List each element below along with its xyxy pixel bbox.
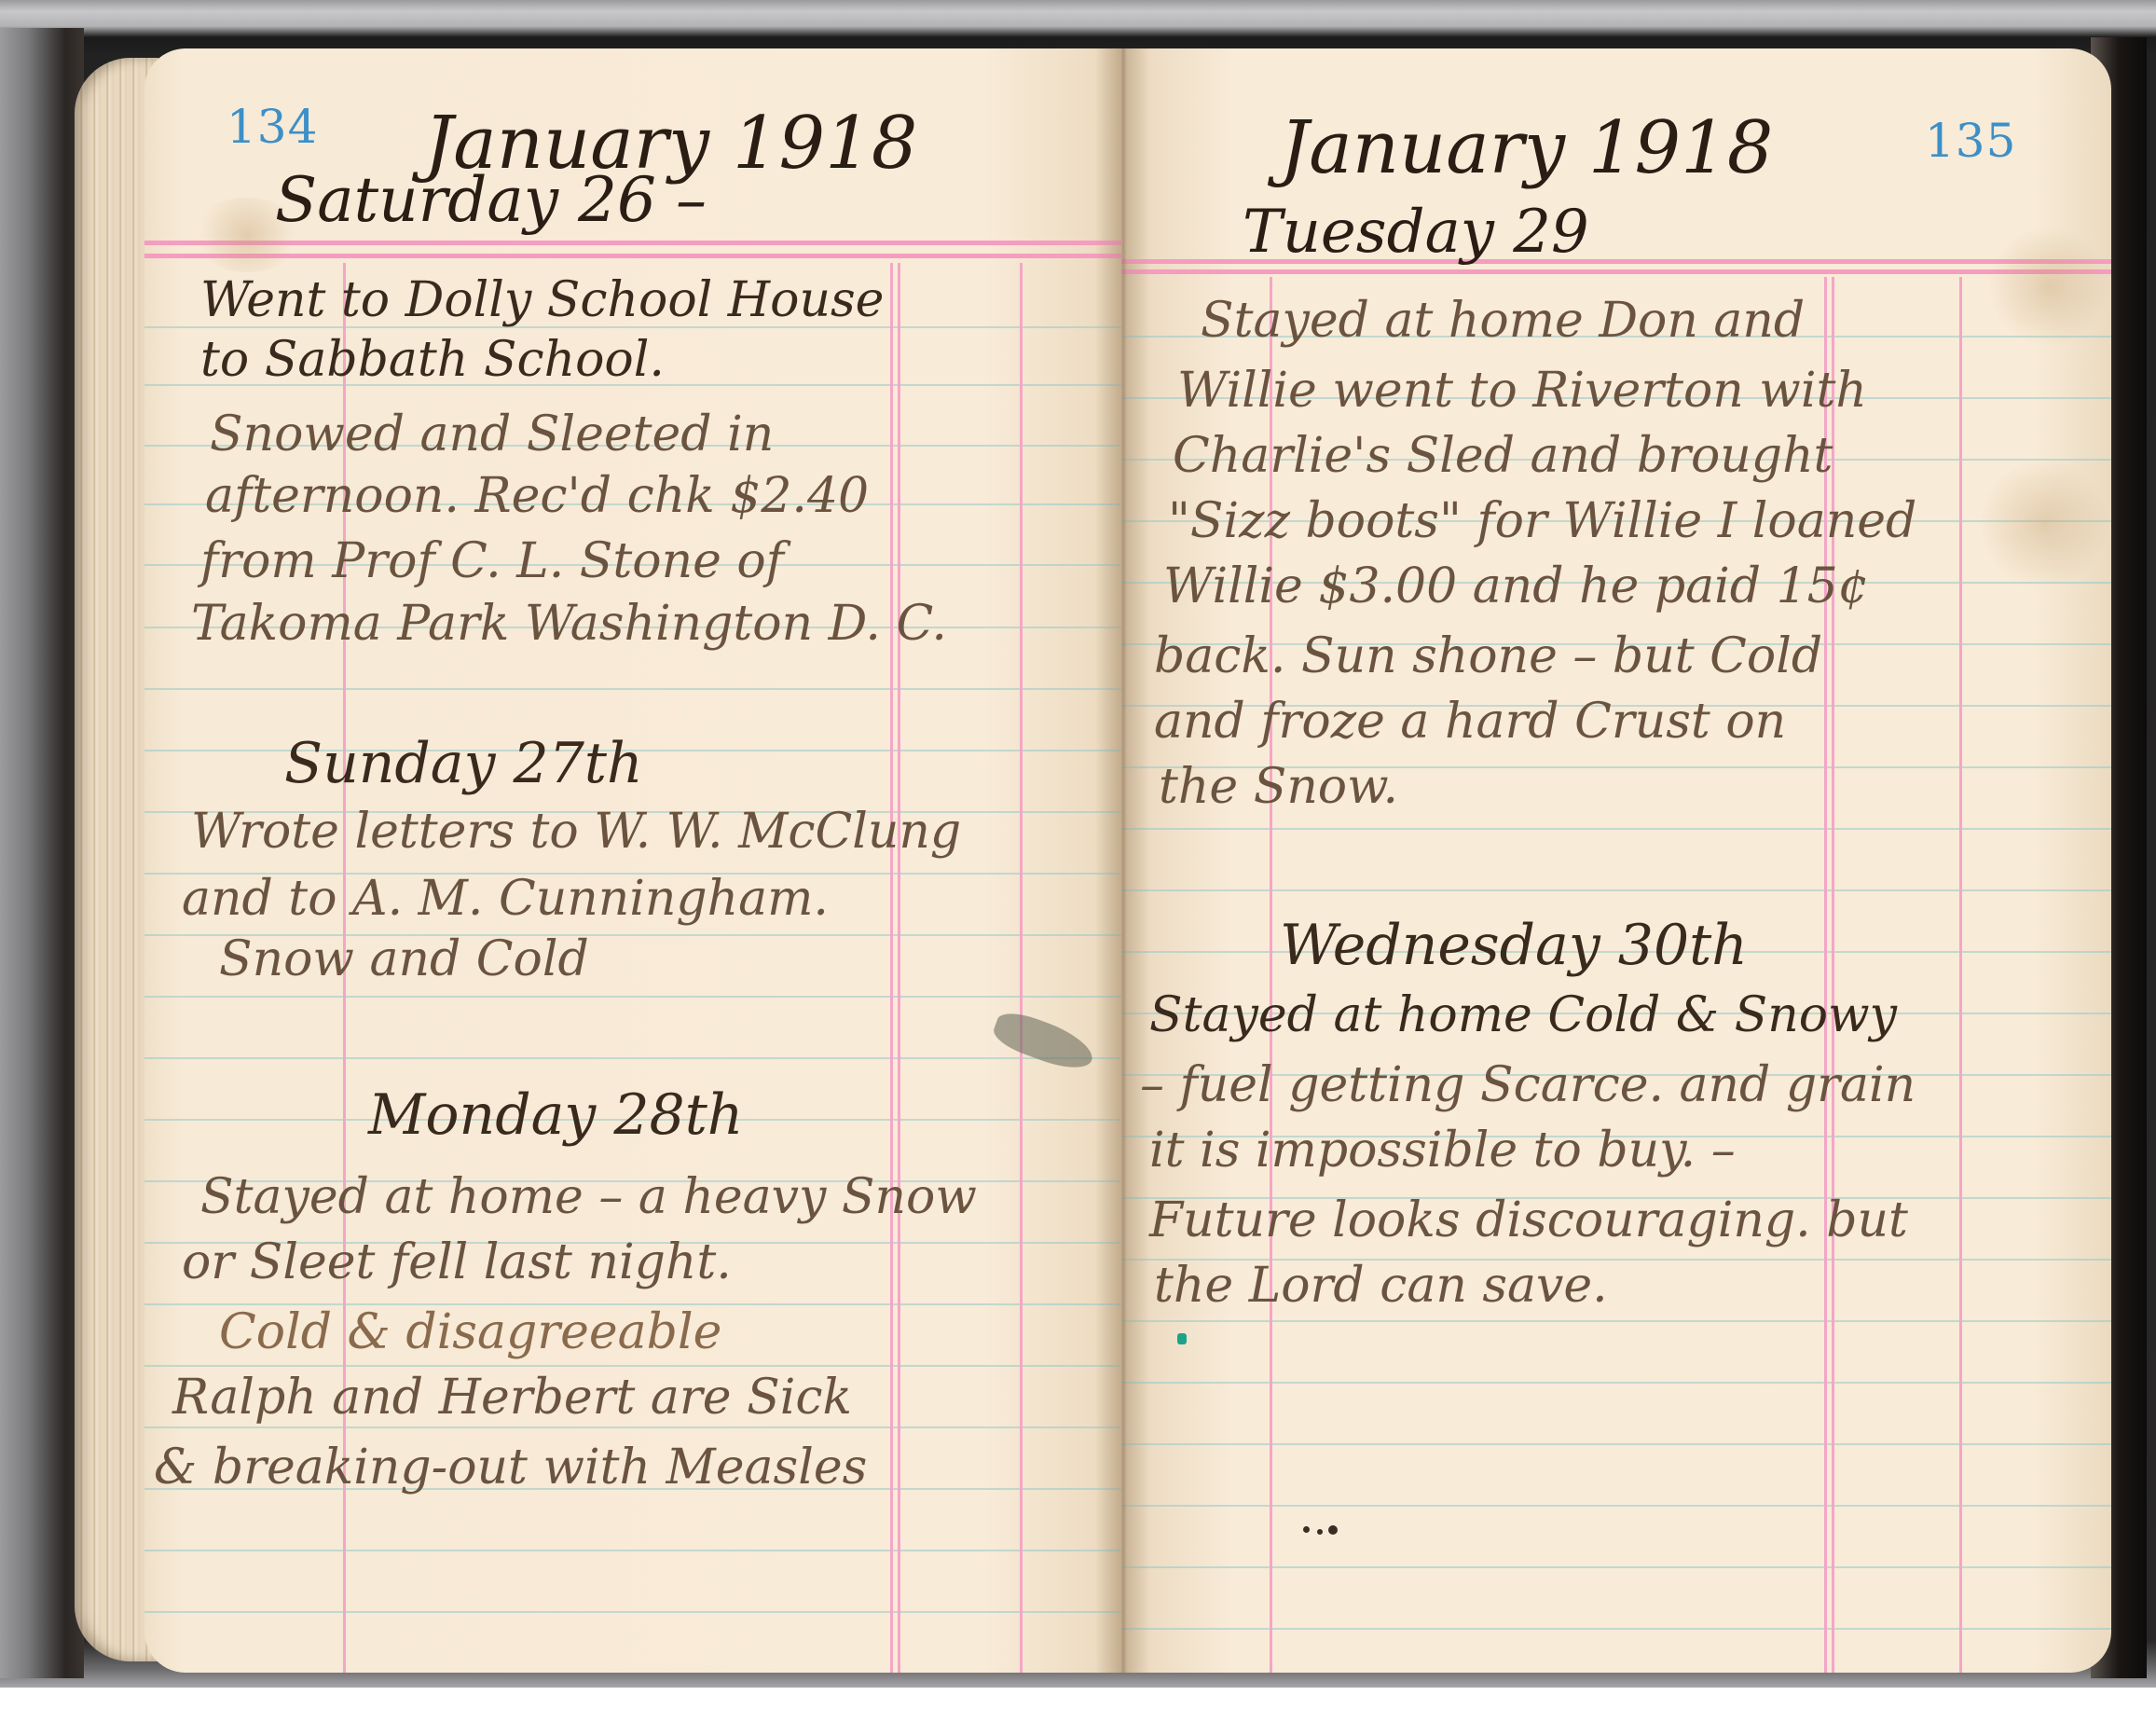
entry-line: and froze a hard Crust on (1154, 692, 1786, 752)
line-rule (144, 1057, 1121, 1059)
line-rule (144, 1550, 1121, 1551)
ink-mark (1177, 1333, 1187, 1344)
day-heading: Tuesday 29 (1243, 202, 1589, 263)
entry-line: or Sleet fell last night. (182, 1233, 732, 1293)
entry-line: Willie went to Riverton with (1177, 361, 1867, 421)
entry-line: Went to Dolly School House (200, 270, 884, 331)
entry-line: and to A. M. Cunningham. (182, 869, 829, 930)
column-rule (1020, 263, 1023, 1673)
entry-line: it is impossible to buy. – (1149, 1121, 1736, 1181)
column-rule (890, 263, 893, 1673)
entry-line: afternoon. Rec'd chk $2.40 (205, 466, 869, 527)
entry-line: & breaking-out with Measles (154, 1438, 867, 1498)
stain (1988, 226, 2109, 347)
column-rule (1959, 277, 1962, 1673)
entry-line: Cold & disagreeable (219, 1302, 721, 1363)
entry-line: Snow and Cold (219, 930, 589, 990)
entry-line: Future looks discouraging. but (1149, 1191, 1908, 1251)
entry-line: Stayed at home Cold & Snowy (1149, 985, 1897, 1046)
day-heading: Sunday 27th (284, 734, 643, 794)
line-rule (144, 996, 1121, 998)
entry-line: Charlie's Sled and brought (1173, 426, 1833, 487)
entry-line: – fuel getting Scarce. and grain (1140, 1055, 1916, 1116)
book-cover-left (0, 28, 84, 1678)
entry-line: to Sabbath School. (200, 330, 665, 391)
entry-line: "Sizz boots" for Willie I loaned (1168, 491, 1916, 552)
column-rule (898, 263, 900, 1673)
entry-line: Wrote letters to W. W. McClung (191, 802, 961, 862)
page-number: 134 (227, 100, 318, 154)
header-rule-bottom (1121, 269, 2111, 274)
day-heading: Wednesday 30th (1280, 916, 1748, 976)
entry-line: from Prof C. L. Stone of (200, 531, 784, 592)
entry-line: Willie $3.00 and he paid 15¢ (1163, 557, 1869, 617)
diary-page-left: 134 January 1918 Saturday 26 – Went to D… (144, 48, 1121, 1673)
entry-line: Stayed at home – a heavy Snow (200, 1167, 977, 1228)
entry-line: Snowed and Sleeted in (210, 405, 774, 465)
line-rule (144, 1611, 1121, 1613)
book-spine (1095, 48, 1151, 1673)
entry-line: the Lord can save. (1154, 1256, 1608, 1316)
month-header: January 1918 (1280, 118, 1773, 179)
line-rule (144, 688, 1121, 690)
ink-spatter (1317, 1529, 1323, 1535)
line-rule (144, 1365, 1121, 1367)
page-number: 135 (1925, 114, 2016, 168)
entry-line: back. Sun shone – but Cold (1154, 627, 1822, 687)
ink-spatter (1328, 1525, 1338, 1535)
day-heading: Monday 28th (368, 1085, 743, 1146)
stain (1979, 459, 2109, 589)
entry-line: Ralph and Herbert are Sick (172, 1368, 852, 1428)
diary-page-right: 135 January 1918 Tuesday 29 Stayed at ho… (1121, 48, 2111, 1673)
day-heading: Saturday 26 – (275, 170, 707, 230)
ink-spatter (1303, 1526, 1310, 1533)
entry-line: the Snow. (1159, 757, 1398, 818)
entry-line: Takoma Park Washington D. C. (191, 594, 947, 655)
entry-line: Stayed at home Don and (1201, 291, 1805, 351)
ink-blot (989, 1006, 1098, 1076)
